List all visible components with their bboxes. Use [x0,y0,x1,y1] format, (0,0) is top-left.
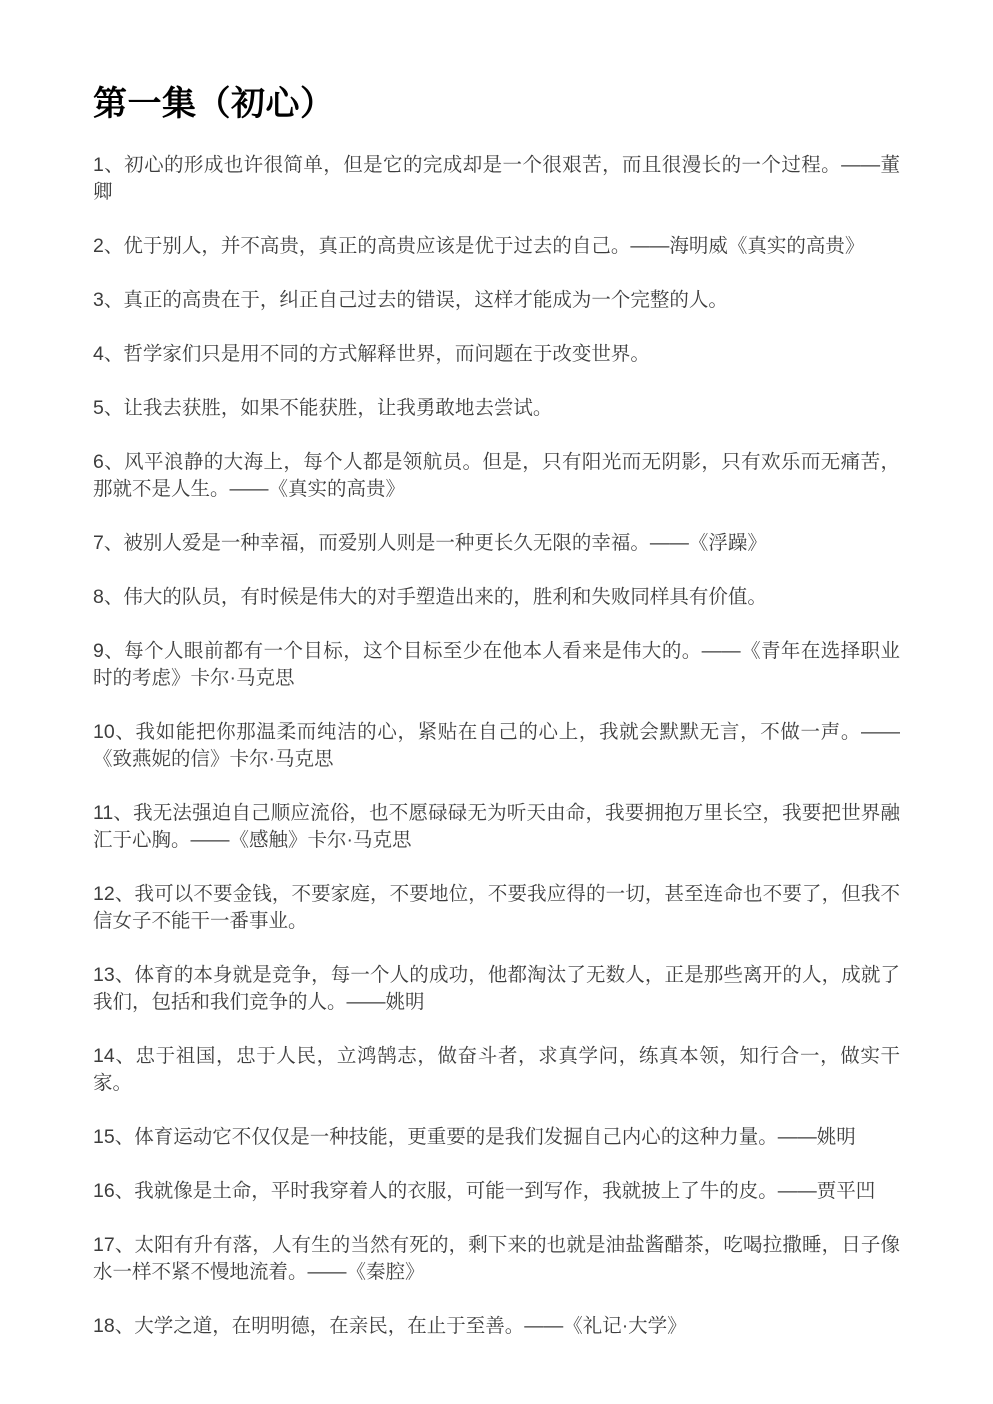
quote-item: 5、让我去获胜，如果不能获胜，让我勇敢地去尝试。 [93,395,900,422]
quote-item: 2、优于别人，并不高贵，真正的高贵应该是优于过去的自己。——海明威《真实的高贵》 [93,233,900,260]
document-page: 第一集（初心） 1、初心的形成也许很简单，但是它的完成却是一个很艰苦，而且很漫长… [0,0,993,1404]
page-title: 第一集（初心） [93,84,900,124]
quote-item: 6、风平浪静的大海上，每个人都是领航员。但是，只有阳光而无阴影，只有欢乐而无痛苦… [93,449,900,503]
quote-item: 16、我就像是土命，平时我穿着人的衣服，可能一到写作，我就披上了牛的皮。——贾平… [93,1178,900,1205]
quote-item: 4、哲学家们只是用不同的方式解释世界，而问题在于改变世界。 [93,341,900,368]
quote-item: 8、伟大的队员，有时候是伟大的对手塑造出来的，胜利和失败同样具有价值。 [93,584,900,611]
quote-item: 17、太阳有升有落，人有生的当然有死的，剩下来的也就是油盐酱醋茶，吃喝拉撒睡，日… [93,1232,900,1286]
quote-item: 13、体育的本身就是竞争，每一个人的成功，他都淘汰了无数人，正是那些离开的人，成… [93,962,900,1016]
quote-item: 18、大学之道，在明明德，在亲民，在止于至善。——《礼记·大学》 [93,1313,900,1340]
quote-item: 15、体育运动它不仅仅是一种技能，更重要的是我们发掘自己内心的这种力量。——姚明 [93,1124,900,1151]
quote-item: 3、真正的高贵在于，纠正自己过去的错误，这样才能成为一个完整的人。 [93,287,900,314]
quote-item: 10、我如能把你那温柔而纯洁的心，紧贴在自己的心上，我就会默默无言，不做一声。—… [93,719,900,773]
quote-item: 12、我可以不要金钱，不要家庭，不要地位，不要我应得的一切，甚至连命也不要了，但… [93,881,900,935]
quote-item: 11、我无法强迫自己顺应流俗，也不愿碌碌无为听天由命，我要拥抱万里长空，我要把世… [93,800,900,854]
quote-item: 14、忠于祖国，忠于人民，立鸿鹄志，做奋斗者，求真学问，练真本领，知行合一，做实… [93,1043,900,1097]
quote-item: 9、每个人眼前都有一个目标，这个目标至少在他本人看来是伟大的。——《青年在选择职… [93,638,900,692]
quote-item: 7、被别人爱是一种幸福，而爱别人则是一种更长久无限的幸福。——《浮躁》 [93,530,900,557]
quote-item: 1、初心的形成也许很简单，但是它的完成却是一个很艰苦，而且很漫长的一个过程。——… [93,152,900,206]
